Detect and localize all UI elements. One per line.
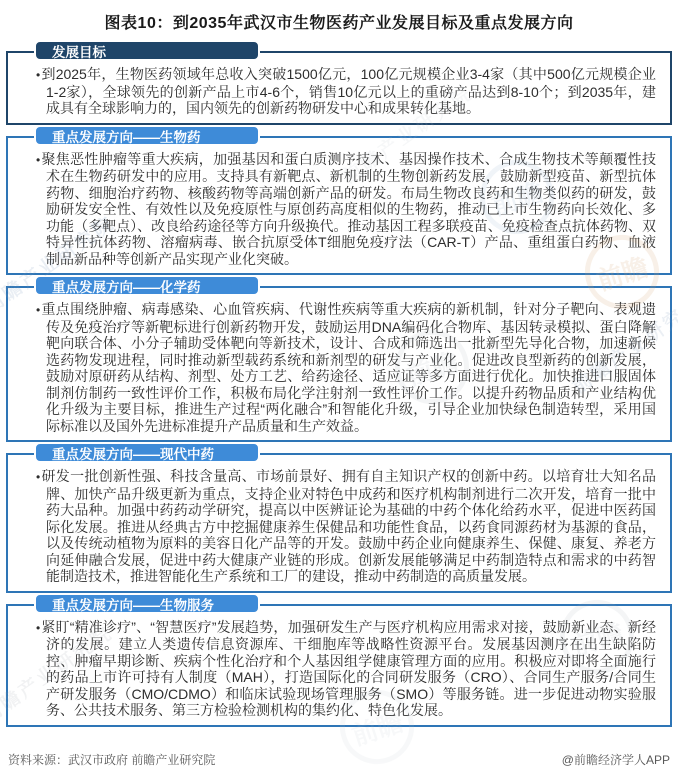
section-header-tab: 发展目标 <box>34 40 260 61</box>
section-biopharma: 重点发展方向——生物药 聚焦恶性肿瘤等重大疾病，加强基因和蛋白质测序技术、基因操… <box>6 125 672 276</box>
brand-credit: @前瞻经济学人APP <box>562 751 670 768</box>
section-modern-tcm: 重点发展方向——现代中药 研发一批创新性强、科技含量高、市场前景好、拥有自主知识… <box>6 442 672 593</box>
section-bullet-text: 到2025年，生物医药领域年总收入突破1500亿元，100亿元规模企业3-4家（… <box>36 66 656 117</box>
section-content-box: 紧盯“精准诊疗”、“智慧医疗”发展趋势，加强研发生产与医疗机构应用需求对接，鼓励… <box>6 604 672 727</box>
section-content-box: 重点围绕肿瘤、病毒感染、心血管疾病、代谢性疾病等重大疾病的新机制，针对分子靶向、… <box>6 286 672 442</box>
section-header-label: 重点发展方向——生物服务 <box>52 598 214 613</box>
section-chemical-drugs: 重点发展方向——化学药 重点围绕肿瘤、病毒感染、心血管疾病、代谢性疾病等重大疾病… <box>6 275 672 442</box>
section-bio-services: 重点发展方向——生物服务 紧盯“精准诊疗”、“智慧医疗”发展趋势，加强研发生产与… <box>6 593 672 727</box>
section-content-box: 到2025年，生物医药领域年总收入突破1500亿元，100亿元规模企业3-4家（… <box>6 51 672 125</box>
section-bullet-text: 紧盯“精准诊疗”、“智慧医疗”发展趋势，加强研发生产与医疗机构应用需求对接，鼓励… <box>36 619 656 719</box>
section-header-tab: 重点发展方向——化学药 <box>34 275 260 296</box>
figure-title: 图表10：到2035年武汉市生物医药产业发展目标及重点发展方向 <box>0 0 678 40</box>
section-header-tab: 重点发展方向——生物药 <box>34 125 260 146</box>
section-bullet-text: 重点围绕肿瘤、病毒感染、心血管疾病、代谢性疾病等重大疾病的新机制，针对分子靶向、… <box>36 301 656 434</box>
section-header-label: 重点发展方向——现代中药 <box>52 447 214 462</box>
section-header-label: 重点发展方向——生物药 <box>52 130 201 145</box>
section-bullet-text: 聚焦恶性肿瘤等重大疾病，加强基因和蛋白质测序技术、基因操作技术、合成生物技术等颠… <box>36 151 656 268</box>
section-content-box: 聚焦恶性肿瘤等重大疾病，加强基因和蛋白质测序技术、基因操作技术、合成生物技术等颠… <box>6 136 672 276</box>
footer: 资料来源：武汉市政府 前瞻产业研究院 @前瞻经济学人APP <box>8 751 670 768</box>
section-header-label: 发展目标 <box>52 45 106 60</box>
section-header-tab: 重点发展方向——现代中药 <box>34 442 260 463</box>
section-header-tab: 重点发展方向——生物服务 <box>34 593 260 614</box>
section-bullet-text: 研发一批创新性强、科技含量高、市场前景好、拥有自主知识产权的创新中药。以培育壮大… <box>36 468 656 585</box>
source-note: 资料来源：武汉市政府 前瞻产业研究院 <box>8 751 215 768</box>
section-content-box: 研发一批创新性强、科技含量高、市场前景好、拥有自主知识产权的创新中药。以培育壮大… <box>6 453 672 593</box>
section-development-goals: 发展目标 到2025年，生物医药领域年总收入突破1500亿元，100亿元规模企业… <box>6 40 672 125</box>
section-header-label: 重点发展方向——化学药 <box>52 280 201 295</box>
